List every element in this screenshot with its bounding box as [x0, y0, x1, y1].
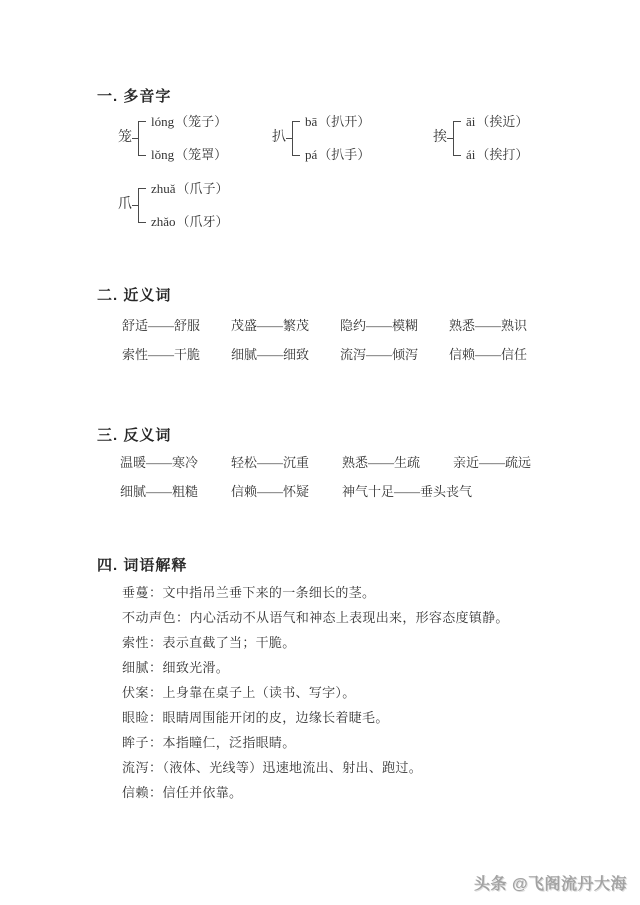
polyphone-group-ai: 挨 āi（挨近） ái（挨打） [433, 105, 528, 171]
polyphone-group-ba: 扒 bā（扒开） pá（扒手） [272, 105, 370, 171]
pinyin-text: zhuǎ [151, 181, 176, 196]
definition-text: 内心活动不从语气和神态上表现出来，形容态度镇静。 [190, 610, 509, 625]
definition-text: 上身靠在桌子上（读书、写字）。 [163, 685, 356, 700]
synonym-row: 舒适——舒服 茂盛——繁茂 隐约——模糊 熟悉——熟识 [122, 318, 527, 334]
antonym-pair: 信赖——怀疑 [231, 484, 342, 500]
definition-item: 索性：表示直截了当；干脆。 [122, 630, 509, 655]
reading-line: lǒng（笼罩） [146, 138, 227, 171]
definition-text: 表示直截了当；干脆。 [163, 635, 296, 650]
synonym-pair: 隐约——模糊 [340, 318, 449, 334]
bracket [292, 121, 300, 156]
bracket [138, 188, 146, 223]
antonym-pair: 神气十足——垂头丧气 [342, 484, 472, 500]
antonym-row: 细腻——粗糙 信赖——怀疑 神气十足——垂头丧气 [120, 484, 472, 500]
reading-line: āi（挨近） [461, 105, 528, 138]
definition-term: 细腻： [122, 660, 163, 675]
synonym-pair: 索性——干脆 [122, 347, 231, 363]
definition-item: 信赖：信任并依靠。 [122, 780, 509, 805]
synonym-pair: 流泻——倾泻 [340, 347, 449, 363]
watermark: 头条 @飞阁流丹大海 [474, 871, 627, 894]
synonym-pair: 舒适——舒服 [122, 318, 231, 334]
pinyin-text: pá [305, 147, 317, 162]
definition-item: 不动声色：内心活动不从语气和神态上表现出来，形容态度镇静。 [122, 605, 509, 630]
synonym-pair: 信赖——信任 [449, 347, 527, 363]
pinyin-text: bā [305, 114, 317, 129]
polyphone-readings: lóng（笼子） lǒng（笼罩） [146, 105, 227, 171]
definition-term: 流泻： [122, 760, 163, 775]
synonym-row: 索性——干脆 细腻——细致 流泻——倾泻 信赖——信任 [122, 347, 527, 363]
definition-text: （液体、光线等）迅速地流出、射出、跑过。 [163, 760, 423, 775]
polyphone-character: 爪 [118, 198, 132, 212]
pinyin-text: ái [466, 147, 475, 162]
polyphone-character: 扒 [272, 131, 286, 145]
definition-item: 伏案：上身靠在桌子上（读书、写字）。 [122, 680, 509, 705]
section-title-polyphones: 一. 多音字 [97, 85, 171, 106]
definitions-list: 垂蔓：文中指吊兰垂下来的一条细长的茎。 不动声色：内心活动不从语气和神态上表现出… [122, 580, 509, 805]
polyphone-readings: āi（挨近） ái（挨打） [461, 105, 528, 171]
pinyin-text: lóng [151, 114, 174, 129]
polyphone-group-zhua: 爪 zhuǎ（爪子） zhǎo（爪牙） [118, 172, 229, 238]
definition-text: 本指瞳仁，泛指眼睛。 [163, 735, 296, 750]
definition-term: 信赖： [122, 785, 163, 800]
section-title-definitions: 四. 词语解释 [97, 554, 187, 575]
example-word: （笼子） [175, 114, 227, 129]
bracket [453, 121, 461, 156]
antonym-pair: 轻松——沉重 [231, 455, 342, 471]
synonym-pair: 茂盛——繁茂 [231, 318, 340, 334]
reading-line: zhǎo（爪牙） [146, 205, 229, 238]
definition-term: 垂蔓： [122, 585, 163, 600]
definition-term: 索性： [122, 635, 163, 650]
polyphone-group-long: 笼 lóng（笼子） lǒng（笼罩） [118, 105, 227, 171]
pinyin-text: āi [466, 114, 475, 129]
antonym-pair: 亲近——疏远 [453, 455, 531, 471]
definition-item: 眸子：本指瞳仁，泛指眼睛。 [122, 730, 509, 755]
reading-line: lóng（笼子） [146, 105, 227, 138]
example-word: （爪牙） [177, 214, 229, 229]
definition-text: 细致光滑。 [163, 660, 230, 675]
definition-text: 文中指吊兰垂下来的一条细长的茎。 [163, 585, 376, 600]
definition-text: 信任并依靠。 [163, 785, 243, 800]
pinyin-text: zhǎo [151, 214, 176, 229]
section-title-antonyms: 三. 反义词 [97, 424, 171, 445]
definition-item: 流泻：（液体、光线等）迅速地流出、射出、跑过。 [122, 755, 509, 780]
reading-line: pá（扒手） [300, 138, 370, 171]
definition-item: 眼睑：眼睛周围能开闭的皮，边缘长着睫毛。 [122, 705, 509, 730]
reading-line: ái（挨打） [461, 138, 528, 171]
reading-line: bā（扒开） [300, 105, 370, 138]
antonym-pair: 温暖——寒冷 [120, 455, 231, 471]
bracket [138, 121, 146, 156]
polyphone-character: 挨 [433, 131, 447, 145]
polyphone-readings: zhuǎ（爪子） zhǎo（爪牙） [146, 172, 229, 238]
polyphone-character: 笼 [118, 131, 132, 145]
synonym-pair: 细腻——细致 [231, 347, 340, 363]
antonym-row: 温暖——寒冷 轻松——沉重 熟悉——生疏 亲近——疏远 [120, 455, 531, 471]
synonym-pair: 熟悉——熟识 [449, 318, 527, 334]
antonym-pair: 熟悉——生疏 [342, 455, 453, 471]
definition-text: 眼睛周围能开闭的皮，边缘长着睫毛。 [163, 710, 389, 725]
definition-term: 眼睑： [122, 710, 163, 725]
section-title-synonyms: 二. 近义词 [97, 284, 171, 305]
definition-term: 伏案： [122, 685, 163, 700]
example-word: （扒手） [318, 147, 370, 162]
definition-term: 眸子： [122, 735, 163, 750]
example-word: （爪子） [177, 181, 229, 196]
example-word: （挨打） [476, 147, 528, 162]
pinyin-text: lǒng [151, 147, 174, 162]
antonym-pair: 细腻——粗糙 [120, 484, 231, 500]
example-word: （笼罩） [175, 147, 227, 162]
definition-term: 不动声色： [122, 610, 190, 625]
polyphone-readings: bā（扒开） pá（扒手） [300, 105, 370, 171]
example-word: （扒开） [318, 114, 370, 129]
document-page: 一. 多音字 笼 lóng（笼子） lǒng（笼罩） 扒 bā（扒开） pá（扒… [0, 0, 640, 905]
example-word: （挨近） [476, 114, 528, 129]
definition-item: 垂蔓：文中指吊兰垂下来的一条细长的茎。 [122, 580, 509, 605]
reading-line: zhuǎ（爪子） [146, 172, 229, 205]
definition-item: 细腻：细致光滑。 [122, 655, 509, 680]
